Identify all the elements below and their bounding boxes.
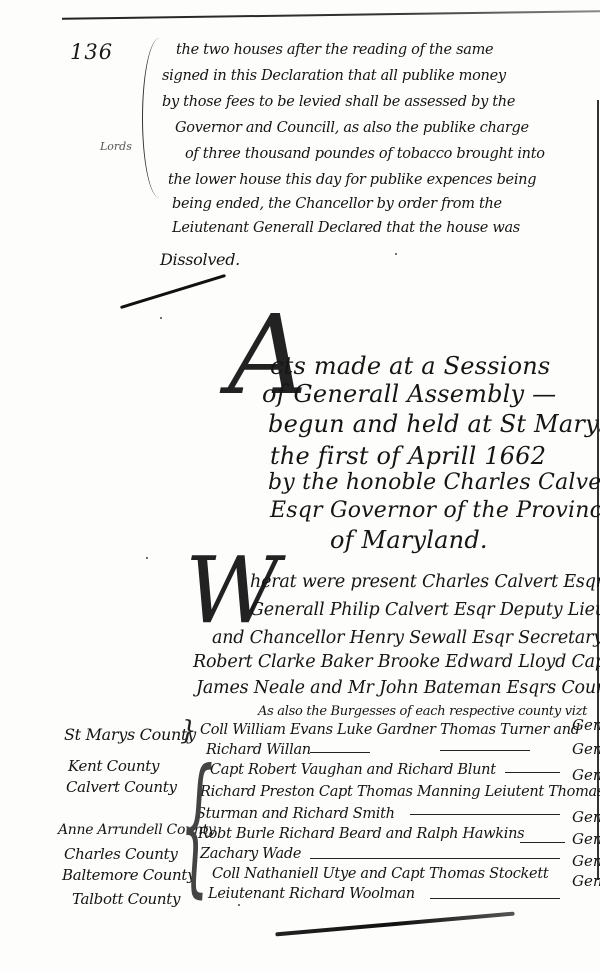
- paragraph-line: by those fees to be levied shall be asse…: [162, 94, 515, 110]
- filler-dash: [440, 750, 530, 751]
- burgess-names: Robt Burle Richard Beard and Ralph Hawki…: [198, 826, 524, 842]
- paragraph-line: and Chancellor Henry Sewall Esqr Secreta…: [212, 628, 600, 648]
- heading-line: of Generall Assembly —: [262, 380, 556, 408]
- paragraph-line: Governor and Councill, as also the publi…: [175, 120, 529, 136]
- heading-line: the first of Aprill 1662: [270, 442, 546, 470]
- paragraph-line: As also the Burgesses of each respective…: [258, 704, 587, 719]
- county-name: Talbott County: [72, 890, 180, 908]
- closing-flourish: [275, 912, 514, 937]
- margin-mark: Gen: [572, 716, 600, 734]
- burgess-names-continued: Sturman and Richard Smith: [196, 806, 395, 822]
- margin-mark: Gen: [572, 740, 600, 758]
- margin-mark: Gen: [572, 852, 600, 870]
- margin-note: Lords: [100, 140, 132, 153]
- burgess-names: Richard Preston Capt Thomas Manning Leiu…: [200, 784, 600, 800]
- filler-dash: [520, 842, 565, 843]
- separator-flourish: [120, 274, 226, 309]
- county-name: St Marys County: [64, 725, 196, 744]
- ink-speck: [238, 904, 240, 906]
- filler-dash: [505, 772, 560, 773]
- county-brace: {: [180, 750, 213, 900]
- county-name: Kent County: [68, 757, 159, 775]
- ink-speck: [160, 317, 162, 319]
- paragraph-line: Dissolved.: [160, 250, 240, 269]
- margin-mark: Gen: [572, 830, 600, 848]
- page-number: 136: [70, 40, 113, 64]
- ink-speck: [545, 367, 547, 369]
- burgess-names: Leiutenant Richard Woolman: [208, 886, 415, 902]
- margin-mark: Gen: [572, 872, 600, 890]
- burgess-names: Coll William Evans Luke Gardner Thomas T…: [200, 722, 580, 738]
- paragraph-line: the two houses after the reading of the …: [176, 42, 493, 58]
- ink-speck: [146, 557, 148, 559]
- paragraph-line: Robert Clarke Baker Brooke Edward Lloyd …: [193, 652, 600, 672]
- paragraph-line: James Neale and Mr John Bateman Esqrs Co…: [196, 678, 600, 698]
- county-name: Charles County: [64, 845, 178, 863]
- paragraph-line: Leiutenant Generall Declared that the ho…: [172, 220, 520, 236]
- top-border-rule: [62, 10, 600, 20]
- filler-dash: [310, 752, 370, 753]
- heading-line: by the honoble Charles Calvert: [268, 470, 600, 495]
- paragraph-line: the lower house this day for publike exp…: [168, 172, 536, 188]
- burgess-names: Coll Nathaniell Utye and Capt Thomas Sto…: [212, 866, 548, 882]
- burgess-names: Capt Robert Vaughan and Richard Blunt: [210, 762, 496, 778]
- burgess-names-continued: Richard Willan: [206, 742, 311, 758]
- heading-line: Esqr Governor of the Province: [270, 498, 600, 523]
- manuscript-page: 136 the two houses after the reading of …: [0, 0, 600, 971]
- filler-dash: [310, 858, 560, 859]
- county-name: Calvert County: [66, 778, 177, 796]
- filler-dash: [410, 814, 560, 815]
- paragraph-line: being ended, the Chancellor by order fro…: [172, 196, 502, 212]
- county-name: Baltemore County: [62, 866, 195, 884]
- heading-line: begun and held at St Marys: [268, 410, 600, 438]
- margin-mark: Gen: [572, 766, 600, 784]
- paragraph-line: herat were present Charles Calvert Esqr …: [250, 572, 600, 592]
- paragraph-line: signed in this Declaration that all publ…: [162, 68, 506, 84]
- heading-line: cts made at a Sessions: [270, 352, 550, 380]
- paragraph-line: Generall Philip Calvert Esqr Deputy Lieu…: [250, 600, 600, 620]
- ink-speck: [395, 253, 397, 255]
- burgess-names: Zachary Wade: [200, 846, 301, 862]
- margin-mark: Gen: [572, 808, 600, 826]
- heading-line: of Maryland.: [330, 526, 488, 554]
- paragraph-line: of three thousand poundes of tobacco bro…: [185, 146, 545, 162]
- filler-dash: [430, 898, 560, 899]
